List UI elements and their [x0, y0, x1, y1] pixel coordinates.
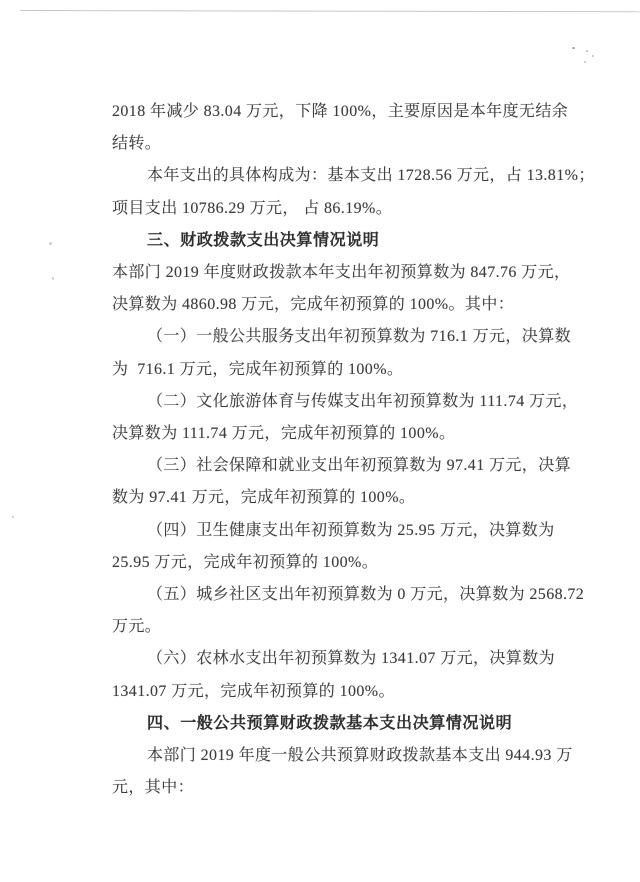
document-line: （五）城乡社区支出年初预算数为 0 万元，决算数为 2568.72	[112, 579, 564, 611]
document-line: （三）社会保障和就业支出年初预算数为 97.41 万元，决算	[112, 450, 564, 482]
document-line: 25.95 万元，完成年初预算的 100%。	[112, 547, 564, 579]
document-line: 1341.07 万元，完成年初预算的 100%。	[112, 676, 564, 708]
section-heading-3: 三、财政拨款支出决算情况说明	[112, 225, 564, 257]
scan-artifact-dot	[586, 50, 588, 52]
document-body: 2018 年减少 83.04 万元，下降 100%，主要原因是本年度无结余 结转…	[112, 96, 564, 804]
document-line: 数为 97.41 万元，完成年初预算的 100%。	[112, 482, 564, 514]
document-line: 决算数为 4860.98 万元，完成年初预算的 100%。其中：	[112, 289, 564, 321]
scan-artifact-speck	[52, 277, 54, 280]
scan-artifact-line	[20, 10, 640, 12]
scan-artifact-dot	[592, 55, 594, 57]
document-line: 元，其中：	[112, 772, 564, 804]
scan-artifact-speck	[49, 242, 52, 245]
document-line: 本部门 2019 年度财政拨款本年支出年初预算数为 847.76 万元，	[112, 257, 564, 289]
document-line: 项目支出 10786.29 万元， 占 86.19%。	[112, 193, 564, 225]
document-line: 为 716.1 万元，完成年初预算的 100%。	[112, 354, 564, 386]
document-line: （二）文化旅游体育与传媒支出年初预算数为 111.74 万元，	[112, 386, 564, 418]
document-line: （四）卫生健康支出年初预算数为 25.95 万元，决算数为	[112, 515, 564, 547]
scan-artifact-dot	[572, 47, 575, 49]
scanned-document-page: 2018 年减少 83.04 万元，下降 100%，主要原因是本年度无结余 结转…	[0, 0, 640, 882]
document-line: 2018 年减少 83.04 万元，下降 100%，主要原因是本年度无结余	[112, 96, 564, 128]
section-heading-4: 四、一般公共预算财政拨款基本支出决算情况说明	[112, 708, 564, 740]
scan-artifact-speck	[12, 516, 14, 518]
document-line: 决算数为 111.74 万元，完成年初预算的 100%。	[112, 418, 564, 450]
document-line: 本年支出的具体构成为：基本支出 1728.56 万元，占 13.81%；	[112, 160, 564, 192]
document-line: 结转。	[112, 128, 564, 160]
document-line: （一）一般公共服务支出年初预算数为 716.1 万元，决算数	[112, 321, 564, 353]
scan-artifact-dot	[584, 61, 586, 63]
document-line: （六）农林水支出年初预算数为 1341.07 万元，决算数为	[112, 643, 564, 675]
document-line: 万元。	[112, 611, 564, 643]
document-line: 本部门 2019 年度一般公共预算财政拨款基本支出 944.93 万	[112, 740, 564, 772]
